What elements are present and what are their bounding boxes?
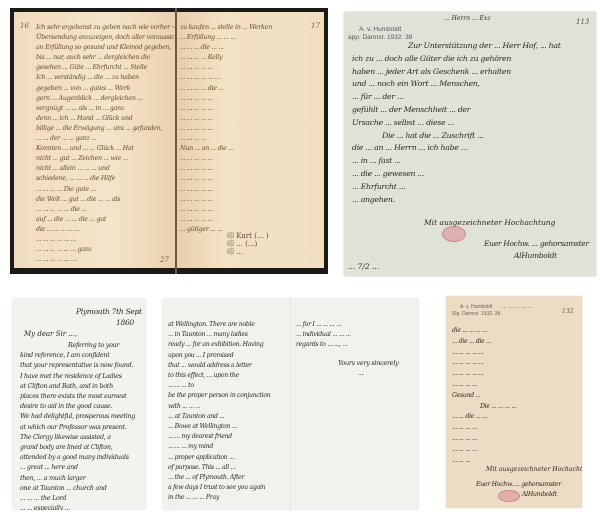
library-stamp [442, 226, 466, 242]
page-number-right: 17 [311, 22, 320, 30]
signature: Euer Hochw. ... gehorsamster AlHumboldt [484, 238, 589, 262]
library-stamp [498, 490, 520, 502]
salutation: My dear Sir ..., [24, 330, 77, 338]
closing: Mit ausgezeichneter Hochachtung [486, 466, 582, 473]
right-page-text: ... for I ... ... ... ... ... individual… [296, 320, 351, 351]
catalog-label: A. v. Humboldt Slg. Darmst. 1932. 38 [452, 304, 500, 318]
page-divider [290, 298, 291, 510]
left-page-text: Ich sehr ergebenst zu geben nach wie vor… [36, 22, 191, 264]
letter-body: Referring to your kind reference, I am c… [20, 340, 135, 510]
letter-body: die ... ... ... ... ... die ... die ... … [452, 326, 516, 466]
header-note: ... ... ... ... ... [502, 304, 532, 310]
header-note: ... Herrn ... Exz [444, 15, 490, 22]
closing: Mit ausgezeichneter Hochachtung [424, 218, 555, 227]
open-book-manuscript-image: 16 Ich sehr ergebenst zu geben nach wie … [10, 8, 328, 274]
letter-body: Zur Unterstützung der ... Herr Hof, ... … [352, 40, 561, 206]
right-page: 17 zu kaufen ... stelle in ... Werken ..… [177, 12, 324, 268]
left-page-text: at Wellington. There are noble ... in Ta… [168, 320, 270, 504]
letter-header: Plymouth 7th Sept 1860 [76, 306, 142, 328]
page-number-left: 16 [20, 22, 29, 30]
humboldt-letter-beige-image: A. v. Humboldt Slg. Darmst. 1932. 38 ...… [446, 296, 582, 508]
closing: Yours very sincerely ... [338, 358, 399, 378]
page-number: 113 [576, 18, 589, 26]
wellington-letter-image: at Wellington. There are noble ... in Ta… [162, 298, 419, 510]
humboldt-letter-green-image: A. v. Humboldt app. Darmst. 1932. 38 ...… [344, 12, 596, 276]
plymouth-letter-image: Plymouth 7th Sept 1860 My dear Sir ..., … [12, 298, 146, 510]
seal-notes: 印 Kurt (... ) 印 ... (...) 印 ... [227, 232, 269, 256]
right-page-text: zu kaufen ... stelle in ... Werken ... E… [180, 22, 272, 234]
left-page: 16 Ich sehr ergebenst zu geben nach wie … [14, 12, 175, 268]
date-line: ... 7/2 ... [348, 262, 379, 271]
page-number: 132 [562, 308, 573, 315]
